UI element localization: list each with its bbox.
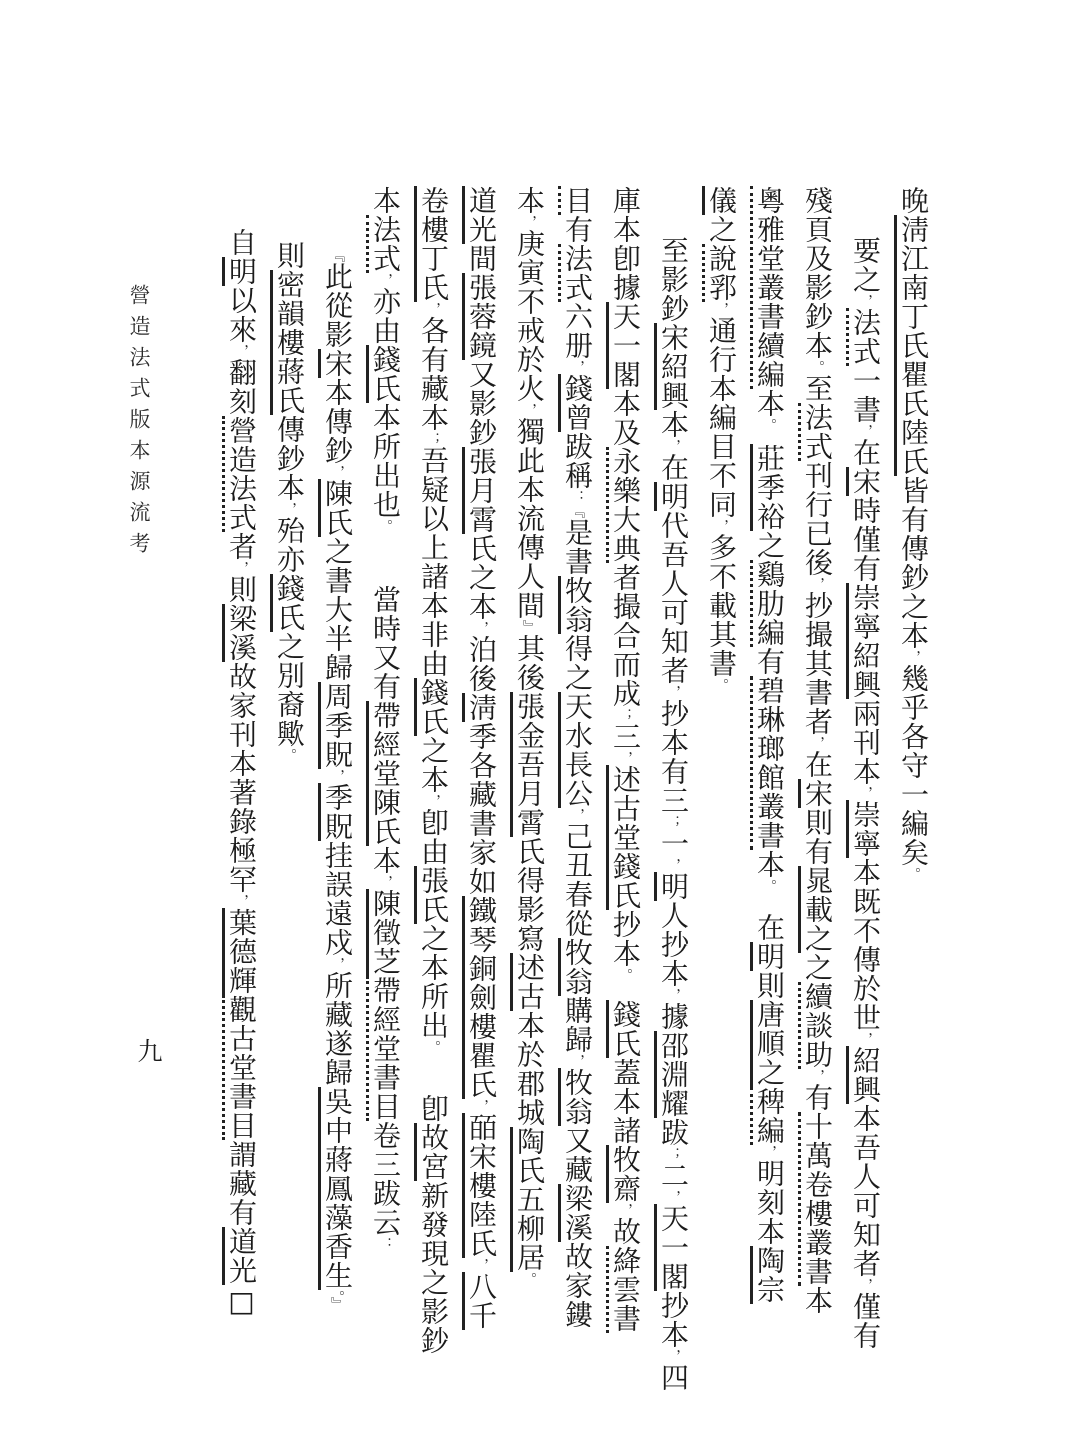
proper-name-marked-text: 瞿氏 [462, 1041, 498, 1099]
proper-name-marked-text: 明 [654, 872, 690, 901]
text-run: 購歸， [561, 996, 594, 1068]
punctuation: 。 [425, 1040, 441, 1054]
text-run: 卽 [417, 1094, 450, 1123]
text-run: 本既不傳於世， [849, 858, 882, 1046]
punctuation: ， [761, 1145, 777, 1159]
text-run: 得之 [561, 634, 594, 692]
punctuation: ， [233, 344, 249, 358]
proper-name-marked-text: 宋 [318, 349, 354, 378]
proper-name-marked-text: 八千 [462, 1272, 498, 1330]
text-column-10: 道光間張蓉鏡又影鈔張月霄氏之本，泊後淸季各藏書家如鐵琴銅劍樓瞿氏，皕宋樓陸氏，八… [464, 186, 498, 1330]
section-gap [433, 1054, 434, 1094]
punctuation: ； [617, 708, 633, 722]
punctuation: ， [857, 1278, 873, 1292]
book-title-marked-text: 法式 [846, 308, 882, 366]
text-run: ， [321, 769, 354, 783]
punctuation: ， [857, 294, 873, 308]
section-gap [769, 432, 770, 444]
book-title-marked-text: 法式 [798, 403, 834, 461]
punctuation: ， [665, 439, 681, 453]
text-column-7: 庫本卽據天一閣本及永樂大典者撮合而成；三，述古堂錢氏抄本。錢氏蓋本諸牧齋，故絳雲… [608, 186, 642, 1333]
text-run: 又藏 [561, 1126, 594, 1184]
text-column-6: 至影鈔宋紹興本，在明代吾人可知者，抄本有三；一，明人抄本，據邵淵耀跋；二，天一閣… [656, 186, 690, 1392]
proper-name-marked-text: 天一閣 [654, 1204, 690, 1291]
text-column-4: 粵雅堂叢書續編本。莊季裕之鷄肋編有碧琳瑯館叢書本。在明則唐順之稗編，明刻本陶宗 [752, 186, 786, 1304]
proper-name-marked-text: 鐵琴銅劍樓 [462, 896, 498, 1041]
punctuation: ， [233, 894, 249, 908]
section-gap [769, 893, 770, 913]
text-run: 兩刊本， [849, 699, 882, 800]
punctuation: ， [329, 769, 345, 783]
text-column-8: 目有法式六册，錢曾跋稱：『是書牧翁得之天水長公，己丑春從牧翁購歸，牧翁又藏梁溪故… [560, 186, 594, 1329]
text-column-2: 要之，法式一書，在宋時僅有崇寧紹興兩刊本，崇寧本既不傳於世，紹興本吾人可知者，僅… [848, 186, 882, 1350]
text-run: 一書，在 [849, 366, 882, 467]
punctuation: ， [665, 858, 681, 872]
book-title-marked-text: 法式 [558, 244, 594, 302]
proper-name-marked-text: 宋紹興 [654, 323, 690, 410]
book-title-marked-text: 法式 [366, 215, 402, 273]
proper-name-marked-text: 陸氏 [894, 418, 930, 476]
text-run: 故家鏤 [561, 1242, 594, 1329]
punctuation: ， [377, 875, 393, 889]
proper-name-marked-text: 天一閣 [606, 302, 642, 389]
text-run: 傳鈔本，殆亦 [273, 415, 306, 574]
proper-name-marked-text: 錢氏 [414, 678, 450, 736]
running-title: 營造法式版本源流考 [124, 284, 154, 563]
text-column-1: 晚淸江南丁氏瞿氏陸氏皆有傳鈔之本，幾乎各守一編矣。 [896, 186, 930, 881]
text-run: 以來，翻刻 [225, 286, 258, 416]
section-gap [385, 533, 386, 585]
punctuation: ； [665, 815, 681, 829]
punctuation: ， [377, 273, 393, 287]
text-run: 新發現之影鈔 [417, 1181, 450, 1355]
text-run: ，明刻本 [753, 1145, 786, 1246]
punctuation: 。 [329, 1290, 345, 1297]
text-run: 之本，卽由 [417, 736, 450, 866]
proper-name-marked-text: 陳徵芝 [366, 889, 402, 976]
proper-name-marked-text: 紹興 [846, 1046, 882, 1104]
proper-name-marked-text: 唐順之 [750, 1000, 786, 1087]
punctuation: ， [665, 685, 681, 699]
proper-name-marked-text: 陳氏 [318, 479, 354, 537]
text-run: ，故 [609, 1203, 642, 1246]
text-run: 代吾人可知者，抄本有三；一， [657, 511, 690, 872]
punctuation: ， [809, 577, 825, 591]
proper-name-marked-text: 梁溪 [558, 1184, 594, 1242]
text-run: 皆有傳鈔之本，幾乎各守一編矣。 [897, 476, 930, 881]
proper-name-marked-text: 錢曾 [558, 374, 594, 432]
text-run: 本，庚寅不戒於火，獨此本流傳人間』其後 [513, 186, 546, 692]
proper-name-marked-text: 吳中 [318, 1087, 354, 1145]
punctuation: ， [809, 1069, 825, 1083]
text-run: ， [465, 1099, 498, 1113]
proper-name-marked-text: 錢氏 [606, 1000, 642, 1058]
proper-name-marked-text: 陶氏 [510, 1127, 546, 1185]
proper-name-marked-text: 蔣氏 [270, 357, 306, 415]
proper-name-marked-text: 五柳居 [510, 1185, 546, 1272]
text-run: 至影鈔 [657, 236, 690, 323]
text-run: 蓋本諸 [609, 1058, 642, 1145]
punctuation: ， [473, 621, 489, 635]
punctuation: ， [665, 1190, 681, 1204]
text-run: ，各有藏本；吾疑以上諸本非由 [417, 302, 450, 678]
book-title-marked-text: 觀古堂書目 [222, 995, 258, 1140]
proper-name-marked-text: 明 [222, 257, 258, 286]
text-run: 有 [561, 215, 594, 244]
text-column-15: 自明以來，翻刻營造法式者，則梁溪故家刊本著錄極罕，葉德輝觀古堂書目謂藏有道光□ [224, 186, 258, 1319]
punctuation: ， [569, 808, 585, 822]
punctuation: ， [617, 751, 633, 765]
proper-name-marked-text: 錢氏 [270, 574, 306, 632]
proper-name-marked-text: 錢氏 [366, 345, 402, 403]
proper-name-marked-text: 季貺 [318, 783, 354, 841]
book-title-marked-text: 說郛 [702, 244, 738, 302]
punctuation: 。 [905, 867, 921, 881]
punctuation: ， [425, 302, 441, 316]
proper-name-marked-text: 儀 [702, 186, 738, 215]
text-run: 人抄本，據 [657, 901, 690, 1031]
punctuation: ， [857, 1032, 873, 1046]
text-run: 之別裔歟。 [273, 632, 306, 762]
text-run: 本吾人可知者，僅有 [849, 1104, 882, 1350]
proper-name-marked-text: 莊季裕 [750, 444, 786, 531]
proper-name-marked-text: 述古 [510, 953, 546, 1011]
book-title-marked-text: 碧琳瑯館叢書 [750, 676, 786, 850]
proper-name-marked-text: 紹興 [846, 641, 882, 699]
proper-name-marked-text: 陸氏 [462, 1200, 498, 1258]
proper-name-marked-text: 牧翁 [558, 938, 594, 996]
text-run: 者撮合而成；三， [609, 563, 642, 765]
punctuation: ， [425, 794, 441, 808]
text-run: 有 [753, 647, 786, 676]
text-run: 跋稱：『是書 [561, 432, 594, 576]
text-run: 則 [273, 241, 306, 270]
proper-name-marked-text: 張金吾 [510, 692, 546, 779]
proper-name-marked-text: 陶宗 [750, 1246, 786, 1304]
proper-name-marked-text: 晁載之 [798, 866, 834, 953]
proper-name-marked-text: 丁氏 [894, 302, 930, 360]
proper-name-marked-text: 明 [654, 482, 690, 511]
text-run: 之 [753, 531, 786, 560]
text-run: 晚 [897, 186, 930, 215]
book-title-marked-text: 粵雅堂叢書續編 [750, 186, 786, 389]
proper-name-marked-text: 淸 [894, 215, 930, 244]
punctuation: ， [569, 1054, 585, 1068]
text-run: 跋；二， [657, 1118, 690, 1204]
page-number: 九 [130, 1038, 166, 1063]
punctuation: 。 [521, 1272, 537, 1286]
proper-name-marked-text: 卷樓 [414, 186, 450, 244]
proper-name-marked-text: 月霄 [510, 779, 546, 837]
proper-name-marked-text: 牧翁 [558, 1068, 594, 1126]
punctuation: 。 [761, 418, 777, 432]
text-run: 要之， [849, 236, 882, 308]
text-column-5: 儀之說郛，通行本編目不同，多不載其書。 [704, 186, 738, 692]
text-run: ， [465, 1258, 498, 1272]
text-run: 挂誤遠戍，所藏遂歸 [321, 841, 354, 1087]
proper-name-marked-text: 密韻樓 [270, 270, 306, 357]
text-run: 又影鈔 [465, 360, 498, 447]
text-run: 之本所出。 [417, 924, 450, 1054]
book-title-marked-text: 營造法式 [222, 416, 258, 532]
proper-name-marked-text: 崇寧 [846, 583, 882, 641]
proper-name-marked-text: 牧齋 [606, 1145, 642, 1203]
text-run: 殘頁及影鈔本。至 [801, 186, 834, 403]
section-gap [625, 982, 626, 1000]
punctuation: ， [281, 502, 297, 516]
punctuation: ， [521, 403, 537, 417]
proper-name-marked-text: 道光 [462, 186, 498, 244]
book-title-marked-text: 鷄肋編 [750, 560, 786, 647]
text-run: □ [225, 1285, 258, 1319]
punctuation: ， [809, 736, 825, 750]
punctuation: ； [425, 432, 441, 446]
punctuation: 『 [569, 504, 585, 518]
punctuation: ， [473, 1258, 489, 1272]
text-run: 刊行已後，抄撮其書者，在 [801, 461, 834, 779]
text-run: 之 [801, 953, 834, 982]
text-run: 本。 [753, 850, 786, 893]
text-column-9: 本，庚寅不戒於火，獨此本流傳人間』其後張金吾月霄氏得影寫述古本於郡城陶氏五柳居。 [512, 186, 546, 1286]
text-run: 卷三跋云： [369, 1121, 402, 1251]
punctuation: ， [713, 302, 729, 316]
proper-name-marked-text: 邵淵耀 [654, 1031, 690, 1118]
text-run: 當時又有 [369, 585, 402, 701]
text-run: 六册， [561, 302, 594, 374]
proper-name-marked-text: 牧翁 [558, 576, 594, 634]
text-column-14: 則密韻樓蔣氏傳鈔本，殆亦錢氏之別裔歟。 [272, 186, 306, 762]
punctuation: ， [569, 360, 585, 374]
punctuation: 。 [809, 360, 825, 374]
punctuation: ， [857, 424, 873, 438]
punctuation: ； [665, 1147, 681, 1161]
book-title-marked-text: 帶經堂書目 [366, 976, 402, 1121]
text-run: 本於郡城 [513, 1011, 546, 1127]
proper-name-marked-text: 明 [750, 942, 786, 971]
text-run: 。』 [321, 1290, 354, 1311]
punctuation: 。 [377, 519, 393, 533]
text-run: 自 [225, 228, 258, 257]
text-run: 之書大半歸 [321, 537, 354, 682]
text-run: 氏之本，泊後 [465, 534, 498, 693]
proper-name-marked-text: 陳氏 [366, 788, 402, 846]
text-run: 之 [705, 215, 738, 244]
punctuation: ， [665, 1349, 681, 1363]
text-run: 本， [369, 846, 402, 889]
punctuation: 。 [281, 748, 297, 762]
text-column-11: 卷樓丁氏，各有藏本；吾疑以上諸本非由錢氏之本，卽由張氏之本所出。卽故宮新發現之影… [416, 186, 450, 1355]
punctuation: 。 [617, 968, 633, 982]
book-title-marked-text: 永樂大典 [606, 447, 642, 563]
text-run: ，通行本編目不同，多不載其書。 [705, 302, 738, 692]
text-run: 故家刊本著錄極罕， [225, 662, 258, 908]
proper-name-marked-text: 崇寧 [846, 800, 882, 858]
punctuation: ： [377, 1237, 393, 1251]
book-title-marked-text: 絳雲書 [606, 1246, 642, 1333]
text-run: 時僅有 [849, 496, 882, 583]
punctuation: 』 [329, 1297, 345, 1311]
book-page: 營造法式版本源流考 九 晚淸江南丁氏瞿氏陸氏皆有傳鈔之本，幾乎各守一編矣。要之，… [0, 0, 1080, 1450]
text-run: 。 [513, 1272, 546, 1286]
proper-name-marked-text: 蔣鳳藻 [318, 1145, 354, 1232]
proper-name-marked-text: 香生 [318, 1232, 354, 1290]
punctuation: ， [521, 215, 537, 229]
punctuation: 』 [521, 620, 537, 634]
text-run: ，有 [801, 1069, 834, 1112]
proper-name-marked-text: 皕宋樓 [462, 1113, 498, 1200]
proper-name-marked-text: 葉德輝 [222, 908, 258, 995]
text-run: 庫本卽據 [609, 186, 642, 302]
text-run: 間 [465, 244, 498, 273]
text-column-3: 殘頁及影鈔本。至法式刊行已後，抄撮其書者，在宋則有晁載之之續談助，有十萬卷樓叢書… [800, 186, 834, 1315]
proper-name-marked-text: 瞿氏 [894, 360, 930, 418]
proper-name-marked-text: 帶經堂 [366, 701, 402, 788]
punctuation: 。 [713, 678, 729, 692]
text-run: 本。 [753, 389, 786, 432]
text-column-13: 『此從影宋本傳鈔，陳氏之書大半歸周季貺，季貺挂誤遠戍，所藏遂歸吳中蔣鳳藻香生。』 [320, 186, 354, 1311]
book-title-marked-text: 稗編 [750, 1087, 786, 1145]
proper-name-marked-text: 梁溪 [222, 604, 258, 662]
text-run: 本 [369, 186, 402, 215]
text-run: 本所出也。 [369, 403, 402, 533]
proper-name-marked-text: 道光 [222, 1227, 258, 1285]
punctuation: 『 [329, 248, 345, 262]
book-title-marked-text: 十萬卷樓叢書 [798, 1112, 834, 1286]
proper-name-marked-text: 述古堂 [606, 765, 642, 852]
proper-name-marked-text: 故宮 [414, 1123, 450, 1181]
text-run: 本傳鈔， [321, 378, 354, 479]
punctuation: ， [857, 786, 873, 800]
proper-name-marked-text: 張蓉鏡 [462, 273, 498, 360]
proper-name-marked-text: 張氏 [414, 866, 450, 924]
punctuation: ， [905, 650, 921, 664]
punctuation: ， [329, 465, 345, 479]
text-run: 則 [753, 971, 786, 1000]
text-column-12: 本法式，亦由錢氏本所出也。當時又有帶經堂陳氏本，陳徵芝帶經堂書目卷三跋云： [368, 186, 402, 1251]
proper-name-marked-text: 宋 [798, 779, 834, 808]
proper-name-marked-text: 周季貺 [318, 682, 354, 769]
text-run: 抄本。 [609, 910, 642, 982]
text-run: 者，則 [225, 532, 258, 604]
proper-name-marked-text: 丁氏 [414, 244, 450, 302]
text-run: 抄本，四 [657, 1291, 690, 1392]
punctuation: ， [329, 957, 345, 971]
punctuation: ， [665, 988, 681, 1002]
text-run: 則有 [801, 808, 834, 866]
proper-name-marked-text: 宋 [846, 467, 882, 496]
proper-name-marked-text: 錢氏 [606, 852, 642, 910]
book-title-marked-text: 續談助 [798, 982, 834, 1069]
proper-name-marked-text: 張月霄 [462, 447, 498, 534]
text-run: 季各藏書家如 [465, 722, 498, 896]
punctuation: 。 [761, 879, 777, 893]
text-run: ，亦由 [369, 273, 402, 345]
text-run: 在 [753, 913, 786, 942]
text-run: 本及 [609, 389, 642, 447]
text-run: 氏得影寫 [513, 837, 546, 953]
text-run: 『此從影 [321, 248, 354, 349]
proper-name-marked-text: 淸 [462, 693, 498, 722]
text-columns: 晚淸江南丁氏瞿氏陸氏皆有傳鈔之本，幾乎各守一編矣。要之，法式一書，在宋時僅有崇寧… [210, 186, 930, 1306]
punctuation: ， [617, 1203, 633, 1217]
punctuation: ， [233, 561, 249, 575]
punctuation: ， [473, 1099, 489, 1113]
punctuation: ： [569, 490, 585, 504]
text-run: 謂藏有 [225, 1140, 258, 1227]
proper-name-marked-text: 江南 [894, 244, 930, 302]
text-run: ，己丑春從 [561, 808, 594, 938]
punctuation: ， [713, 519, 729, 533]
text-run: 本，在 [657, 410, 690, 482]
proper-name-marked-text: 天水長公 [558, 692, 594, 808]
book-title-marked-text: 目 [558, 186, 594, 215]
text-run: 本 [801, 1286, 834, 1315]
